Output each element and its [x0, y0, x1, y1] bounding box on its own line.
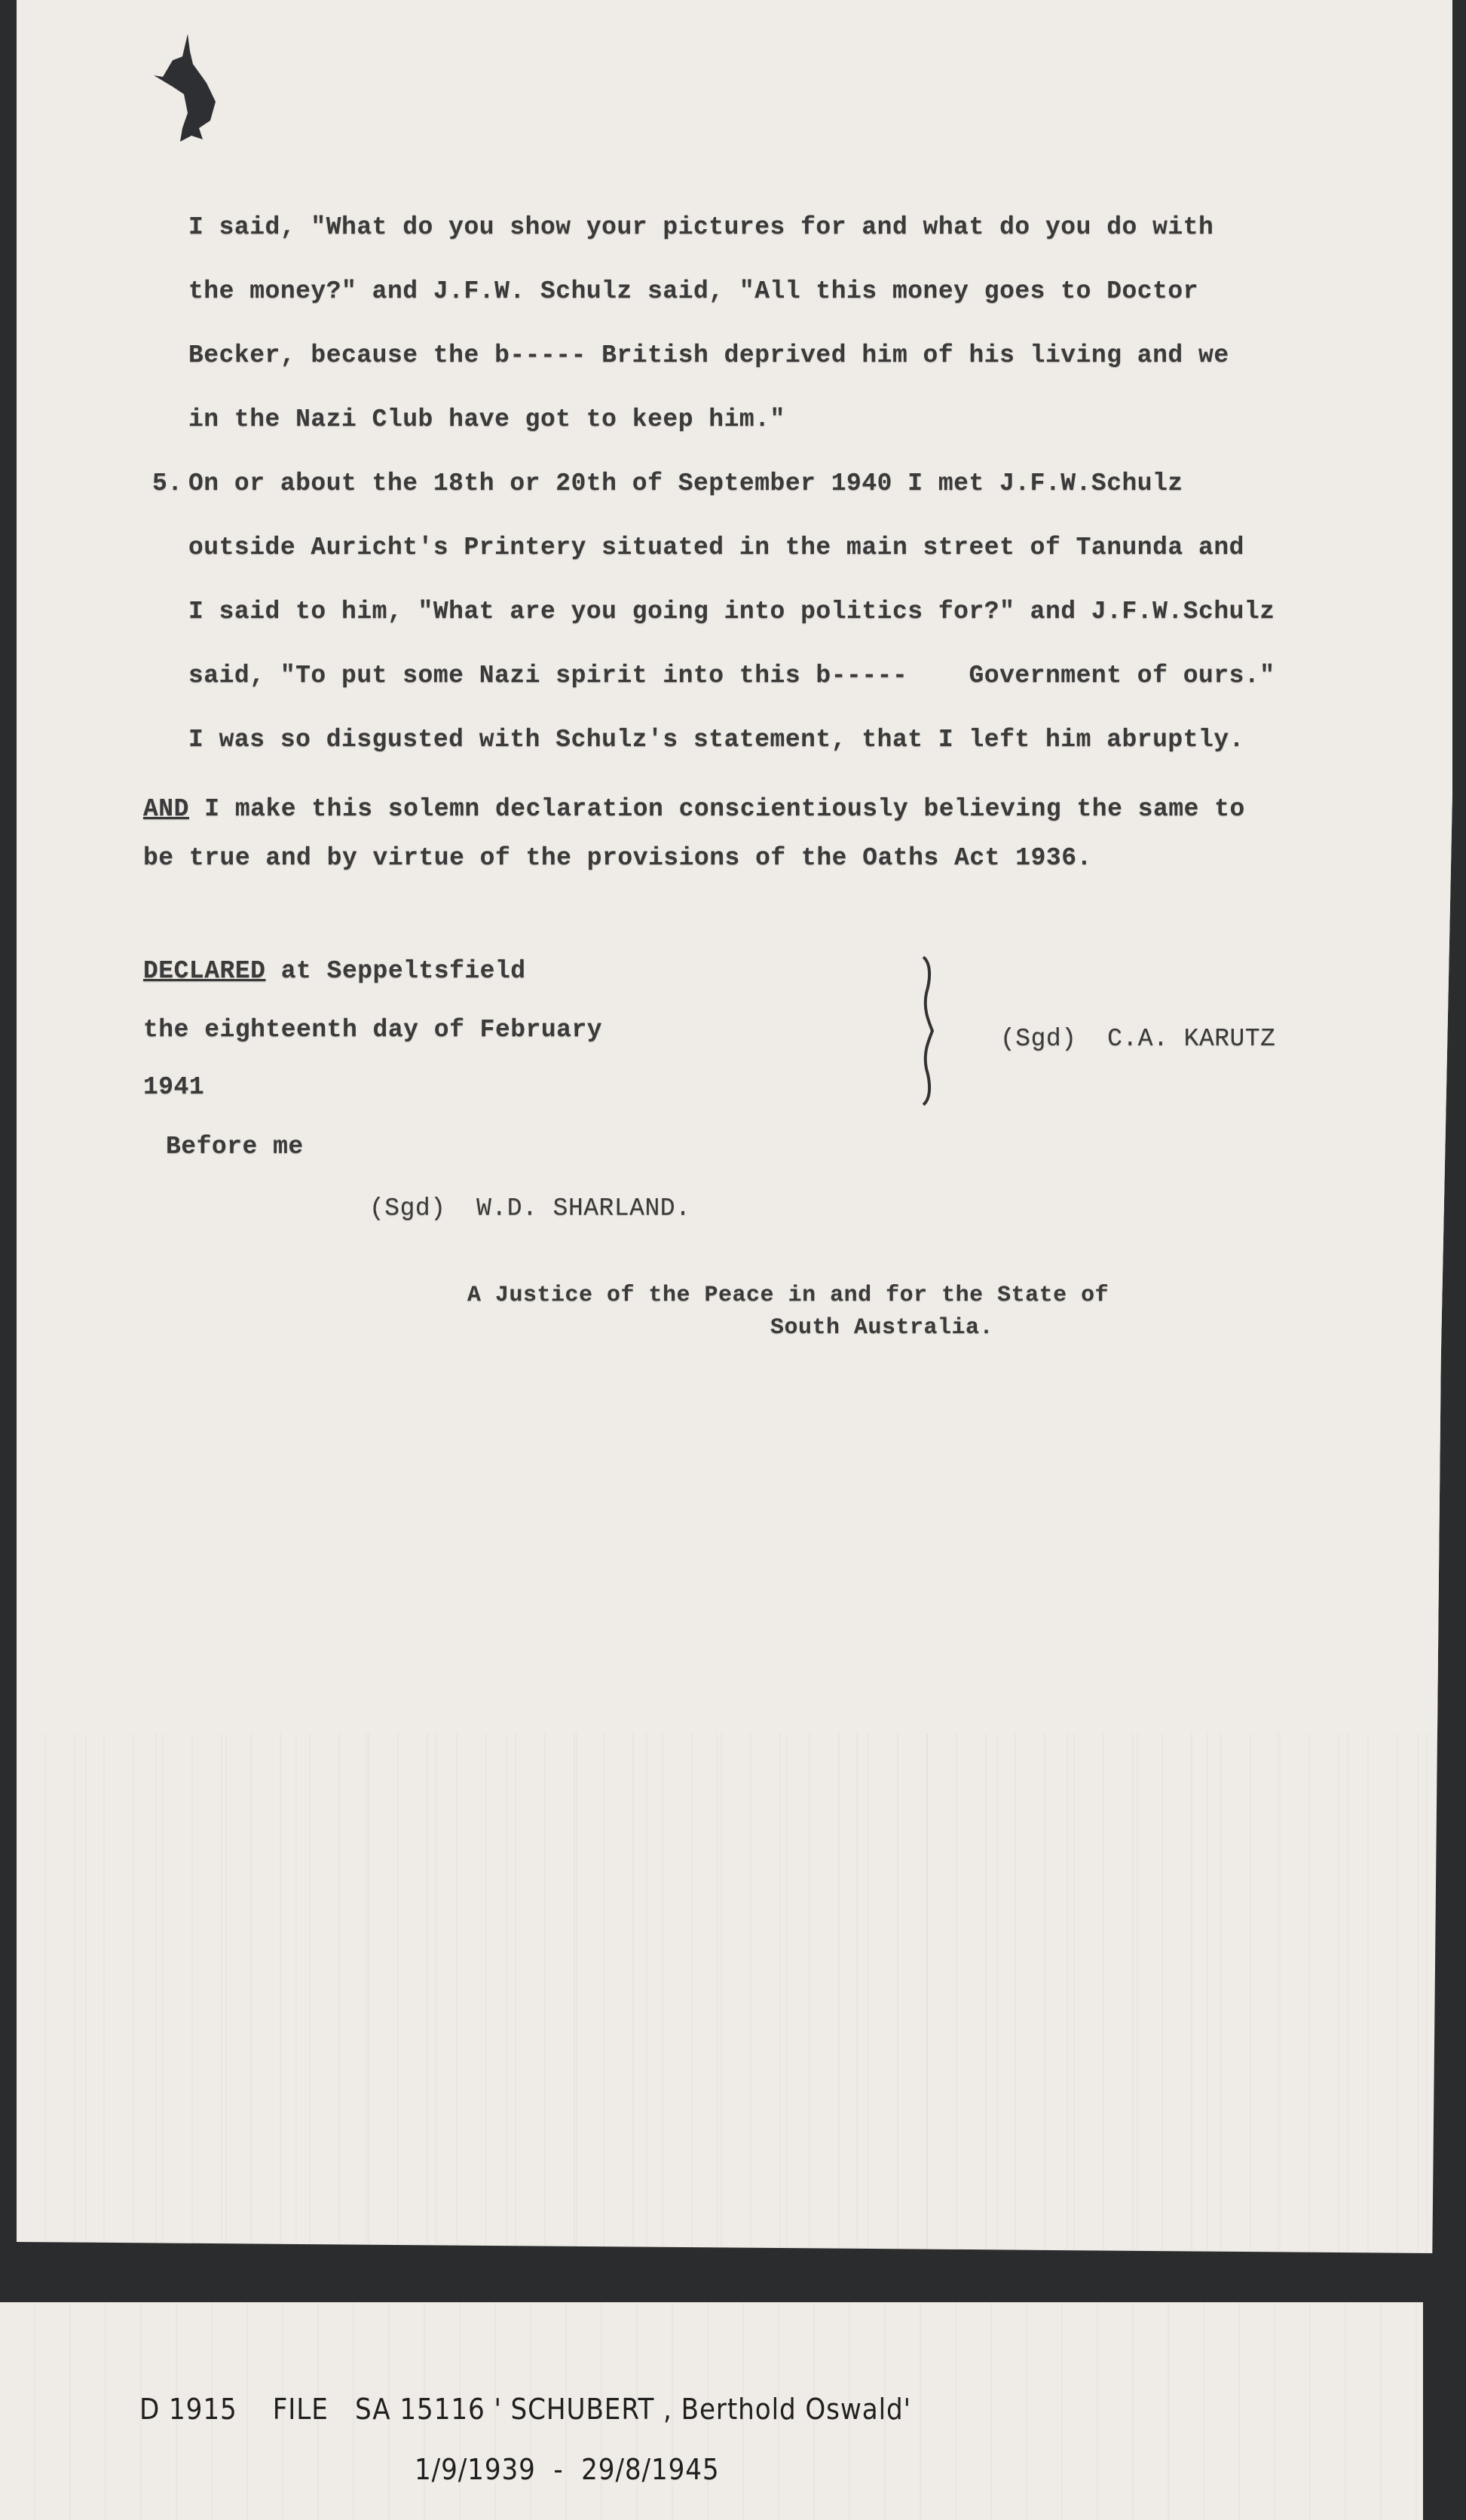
text-line: I said, "What do you show your pictures … — [188, 213, 1214, 241]
text-line: outside Auricht's Printery situated in t… — [188, 534, 1244, 561]
archive-date-range: 1/9/1939 - 29/8/1945 — [415, 2453, 720, 2486]
curly-brace-icon — [917, 956, 940, 1106]
witness-signature: (Sgd) W.D. SHARLAND. — [369, 1194, 690, 1222]
text-line: I said to him, "What are you going into … — [188, 598, 1275, 625]
text-line: in the Nazi Club have got to keep him." — [188, 405, 785, 433]
date-line: the eighteenth day of February — [143, 1016, 602, 1044]
before-me-line: Before me — [166, 1133, 304, 1161]
jurat: DECLARED at Seppeltsfield the eighteenth… — [17, 0, 78, 279]
declaration-text: I make this solemn declaration conscient… — [189, 795, 1245, 823]
place-text: at Seppeltsfield — [265, 957, 525, 985]
document-page: I said, "What do you show your pictures … — [17, 0, 1452, 2265]
declared-keyword: DECLARED — [143, 957, 265, 985]
text-line: AND I make this solemn declaration consc… — [143, 795, 1245, 823]
paragraph-number: 5. — [152, 469, 183, 497]
text-line: On or about the 18th or 20th of Septembe… — [188, 469, 1183, 497]
text-line: said, "To put some Nazi spirit into this… — [188, 662, 1275, 690]
ink-blot-icon — [146, 30, 225, 143]
year-line: 1941 — [143, 1073, 204, 1101]
text-line: I was so disgusted with Schulz's stateme… — [188, 726, 1244, 754]
and-keyword: AND — [143, 795, 189, 823]
witness-title: A Justice of the Peace in and for the St… — [467, 1283, 1109, 1308]
text-line: be true and by virtue of the provisions … — [143, 844, 1092, 872]
archive-slip: D 1915 FILE SA 15116 ' SCHUBERT , Bertho… — [0, 2302, 1423, 2520]
text-line: Becker, because the b----- British depri… — [188, 341, 1229, 369]
declared-at-line: DECLARED at Seppeltsfield — [143, 957, 526, 985]
text-line: the money?" and J.F.W. Schulz said, "All… — [188, 277, 1198, 305]
witness-title-state: South Australia. — [770, 1315, 993, 1341]
declarant-signature: (Sgd) C.A. KARUTZ — [1000, 1025, 1275, 1053]
archive-reference: D 1915 FILE SA 15116 ' SCHUBERT , Bertho… — [139, 2393, 911, 2426]
